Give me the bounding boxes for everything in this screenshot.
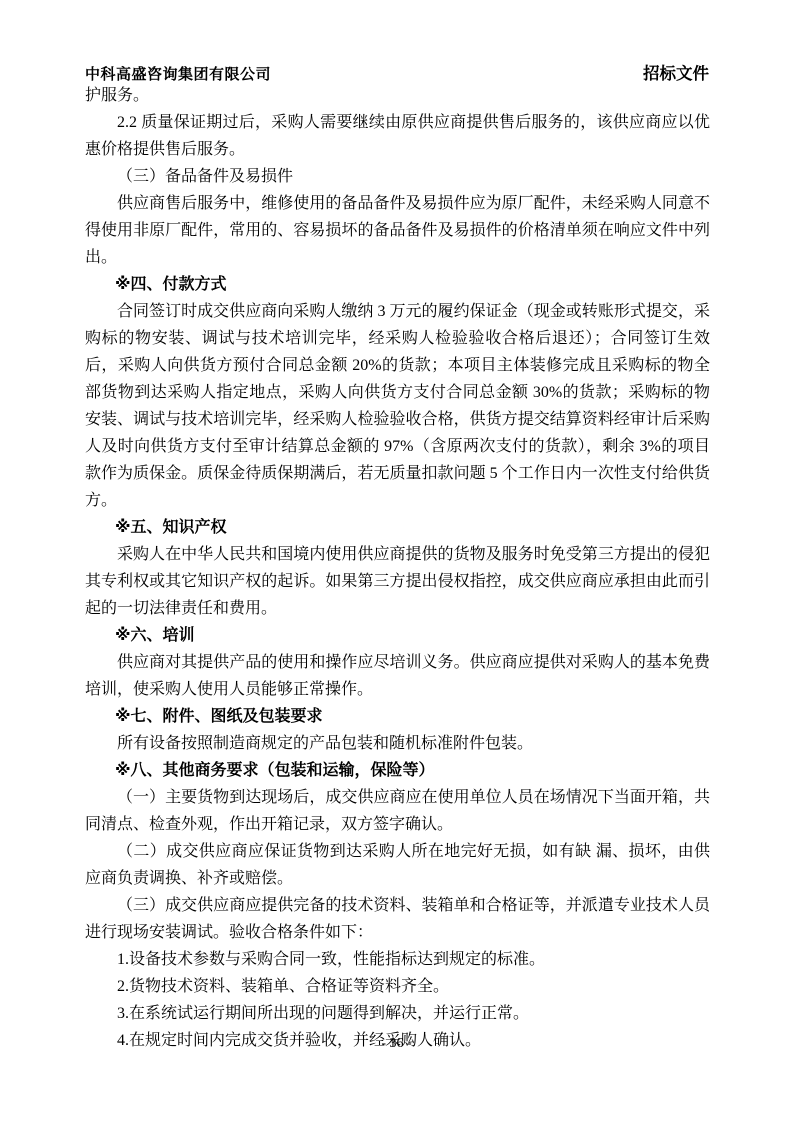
header-doc-type: 招标文件 [643, 60, 709, 84]
page-header: 中科高盛咨询集团有限公司 招标文件 [85, 60, 709, 84]
section-heading: ※四、付款方式 [85, 271, 710, 298]
section-heading: ※五、知识产权 [85, 514, 710, 541]
section-heading: ※八、其他商务要求（包装和运输，保险等） [85, 757, 710, 784]
paragraph: （三）成交供应商应提供完备的技术资料、装箱单和合格证等，并派遣专业技术人员进行现… [85, 892, 710, 946]
paragraph: （一）主要货物到达现场后，成交供应商应在使用单位人员在场情况下当面开箱，共同清点… [85, 784, 710, 838]
paragraph: 供应商对其提供产品的使用和操作应尽培训义务。供应商应提供对采购人的基本免费培训，… [85, 649, 710, 703]
paragraph: 供应商售后服务中，维修使用的备品备件及易损件应为原厂配件，未经采购人同意不得使用… [85, 190, 710, 271]
paragraph: 所有设备按照制造商规定的产品包装和随机标准附件包装。 [85, 730, 710, 757]
paragraph: （三）备品备件及易损件 [85, 163, 710, 190]
paragraph: 3.在系统试运行期间所出现的问题得到解决，并运行正常。 [85, 1000, 710, 1027]
header-company-name: 中科高盛咨询集团有限公司 [85, 63, 271, 84]
paragraph: 合同签订时成交供应商向采购人缴纳 3 万元的履约保证金（现金或转账形式提交，采购… [85, 298, 710, 514]
paragraph: （二）成交供应商应保证货物到达采购人所在地完好无损，如有缺 漏、损坏，由供应商负… [85, 838, 710, 892]
document-body: 护服务。2.2 质量保证期过后，采购人需要继续由原供应商提供售后服务的，该供应商… [85, 82, 710, 1054]
page-footer: - 36 - [0, 1036, 793, 1052]
paragraph: 采购人在中华人民共和国境内使用供应商提供的货物及服务时免受第三方提出的侵犯其专利… [85, 541, 710, 622]
section-heading: ※六、培训 [85, 622, 710, 649]
paragraph: 护服务。 [85, 82, 710, 109]
page-number: - 36 - [381, 1036, 411, 1051]
document-page: 中科高盛咨询集团有限公司 招标文件 护服务。2.2 质量保证期过后，采购人需要继… [0, 0, 793, 1122]
section-heading: ※七、附件、图纸及包装要求 [85, 703, 710, 730]
paragraph: 2.2 质量保证期过后，采购人需要继续由原供应商提供售后服务的，该供应商应以优惠… [85, 109, 710, 163]
paragraph: 1.设备技术参数与采购合同一致，性能指标达到规定的标准。 [85, 946, 710, 973]
paragraph: 2.货物技术资料、装箱单、合格证等资料齐全。 [85, 973, 710, 1000]
